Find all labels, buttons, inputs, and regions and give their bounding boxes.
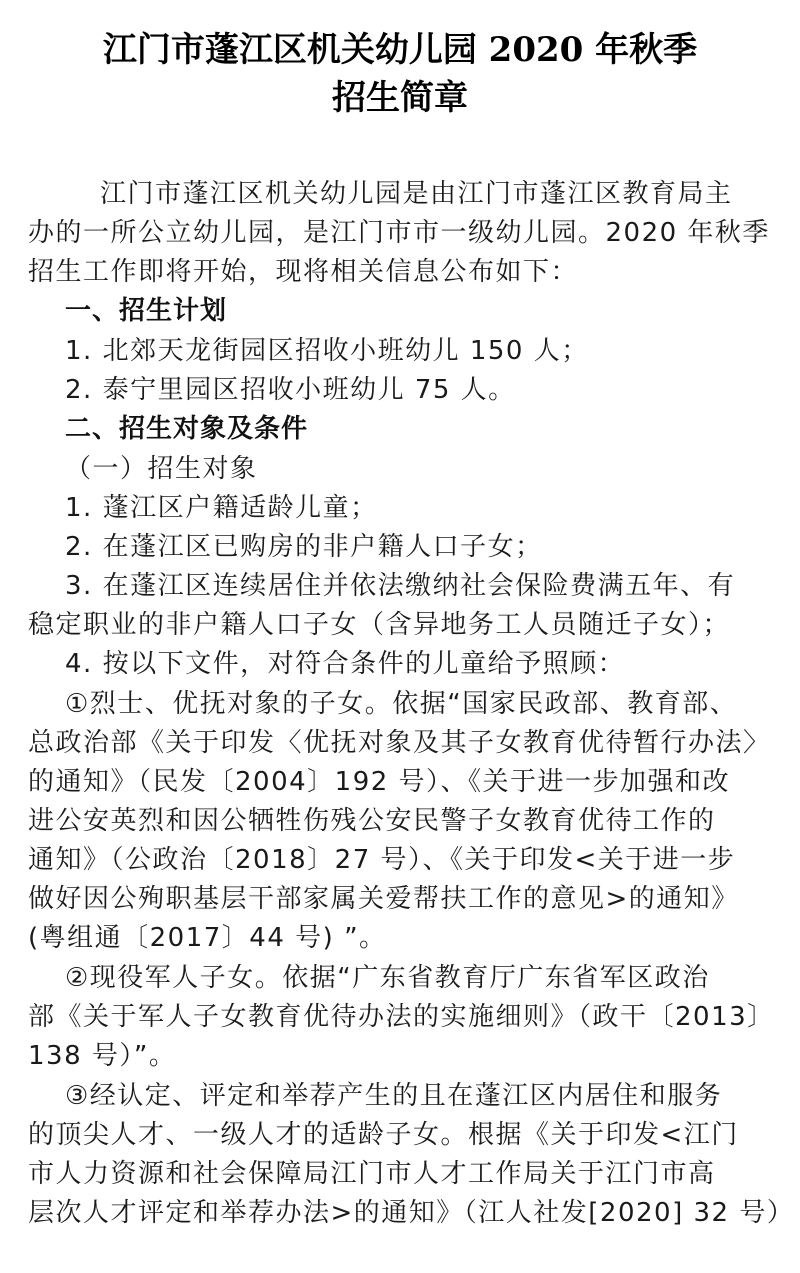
intro-line-3: 招生工作即将开始，现将相关信息公布如下：: [28, 254, 578, 290]
section-heading-enrollment-plan: 一、招生计划: [65, 293, 227, 329]
care-1-line-6: 做好因公殉职基层干部家属关爱帮扶工作的意见>的通知》: [28, 881, 739, 917]
document-title-line-2: 招生简章: [0, 78, 800, 118]
eligibility-item-3: 3. 在蓬江区连续居住并依法缴纳社会保险费满五年、有: [65, 568, 735, 604]
care-1-line-1: ①烈士、优抚对象的子女。依据“国家民政部、教育部、: [65, 686, 737, 722]
care-3-line-3: 市人力资源和社会保障局江门市人才工作局关于江门市高: [28, 1156, 716, 1192]
intro-line-2: 办的一所公立幼儿园，是江门市市一级幼儿园。2020 年秋季: [28, 215, 770, 251]
care-1-line-3: 的通知》（民发〔2004〕192 号）、《关于进一步加强和改: [28, 764, 730, 800]
care-1-line-4: 进公安英烈和因公牺牲伤残公安民警子女教育优待工作的: [28, 803, 716, 839]
care-3-line-2: 的顶尖人才、一级人才的适龄子女。根据《关于印发<江门: [28, 1117, 739, 1153]
eligibility-item-4: 4. 按以下文件，对符合条件的儿童给予照顾：: [65, 646, 625, 682]
care-2-line-2: 部《关于军人子女教育优待办法的实施细则》（政干〔2013〕: [28, 999, 775, 1035]
care-1-line-7: (粤组通〔2017〕44 号) ”。: [28, 920, 387, 956]
care-1-line-5: 通知》（公政治〔2018〕27 号）、《关于印发<关于进一步: [28, 842, 735, 878]
care-3-line-4: 层次人才评定和举荐办法>的通知》（江人社发[2020] 32 号）: [28, 1195, 794, 1231]
eligibility-item-3-cont: 稳定职业的非户籍人口子女（含异地务工人员随迁子女）；: [28, 607, 730, 643]
intro-line-1: 江门市蓬江区机关幼儿园是由江门市蓬江区教育局主: [100, 176, 733, 212]
care-2-line-3: 138 号）”。: [28, 1038, 176, 1074]
enrollment-plan-item-1: 1. 北郊天龙街园区招收小班幼儿 150 人；: [65, 333, 589, 369]
care-1-line-2: 总政治部《关于印发〈优抚对象及其子女教育优待暂行办法〉: [28, 725, 771, 761]
subsection-heading-target: （一）招生对象: [65, 451, 258, 487]
enrollment-plan-item-2: 2. 泰宁里园区招收小班幼儿 75 人。: [65, 372, 516, 408]
document-title-line-1: 江门市蓬江区机关幼儿园 2020 年秋季: [0, 30, 800, 70]
section-heading-eligibility: 二、招生对象及条件: [65, 411, 308, 447]
eligibility-item-1: 1. 蓬江区户籍适龄儿童；: [65, 490, 378, 526]
eligibility-item-2: 2. 在蓬江区已购房的非户籍人口子女；: [65, 529, 543, 565]
care-3-line-1: ③经认定、评定和举荐产生的且在蓬江区内居住和服务: [65, 1078, 722, 1114]
care-2-line-1: ②现役军人子女。依据“广东省教育厅广东省军区政治: [65, 960, 710, 996]
